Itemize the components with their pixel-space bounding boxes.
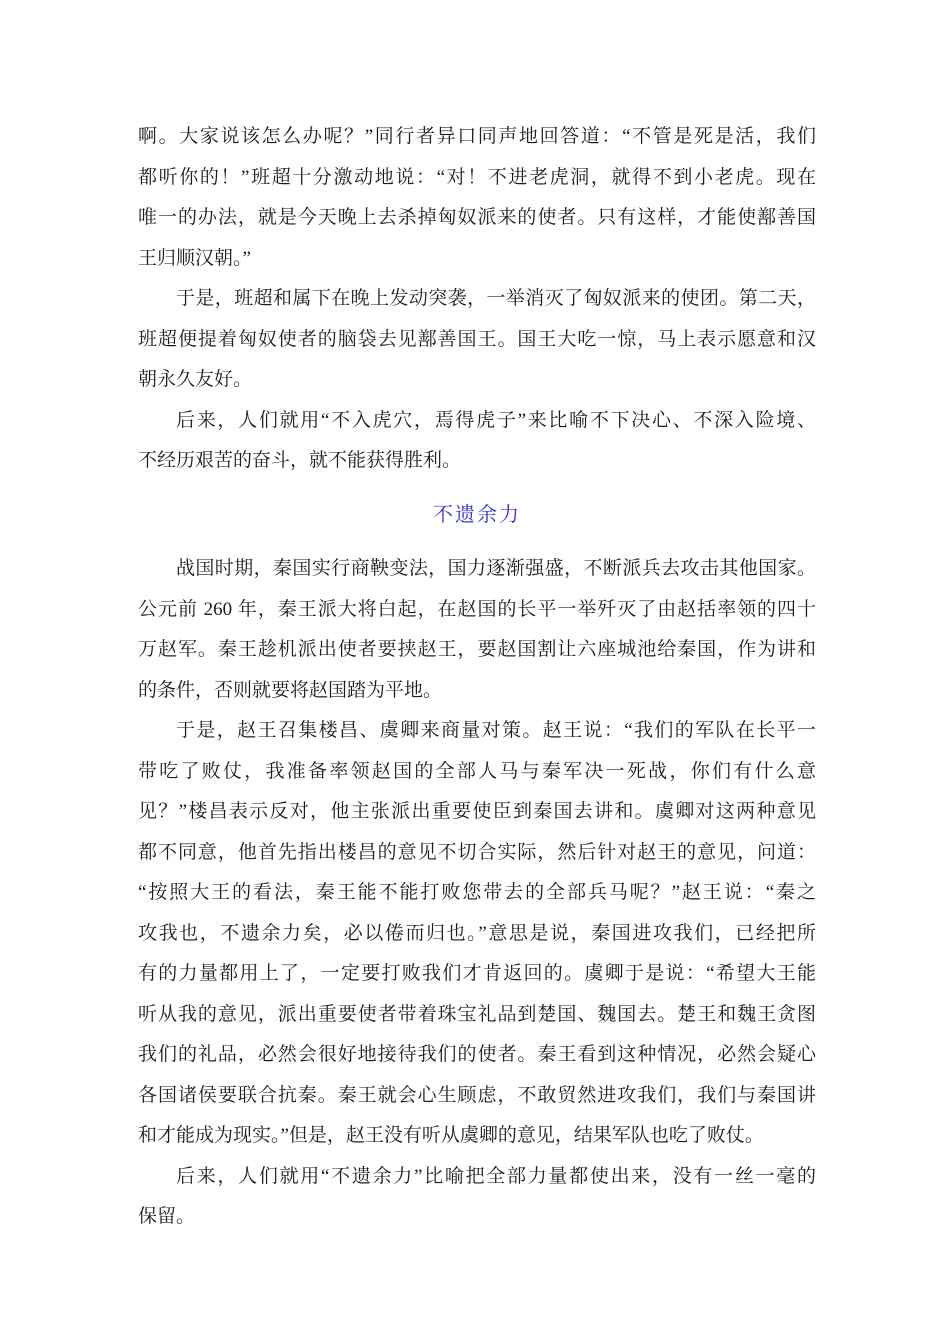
text-line: 都听你的！”班超十分激动地说：“对！不进老虎洞，就得不到小老虎。现在 [138, 158, 816, 199]
text-line: 带吃了败仗，我准备率领赵国的全部人马与秦军决一死战，你们有什么意 [138, 752, 816, 793]
page-canvas: 啊。大家说该怎么办呢？”同行者异口同声地回答道：“不管是死是活，我们都听你的！”… [0, 0, 950, 1344]
text-line: 于是，赵王召集楼昌、虞卿来商量对策。赵王说：“我们的军队在长平一 [138, 711, 816, 752]
text-line: 啊。大家说该怎么办呢？”同行者异口同声地回答道：“不管是死是活，我们 [138, 117, 816, 158]
text-line: 万赵军。秦王趁机派出使者要挟赵王，要赵国割让六座城池给秦国，作为讲和 [138, 630, 816, 671]
text-line: 公元前 260 年，秦王派大将白起，在赵国的长平一举歼灭了由赵括率领的四十 [138, 590, 816, 631]
story1-paragraph-attack: 于是，班超和属下在晚上发动突袭，一举消灭了匈奴派来的使团。第二天，班超便提着匈奴… [138, 279, 816, 401]
story2-title: 不遗余力 [138, 495, 816, 536]
text-line: 唯一的办法，就是今天晚上去杀掉匈奴派来的使者。只有这样，才能使鄯善国 [138, 198, 816, 239]
text-line: 有的力量都用上了，一定要打败我们才肯返回的。虞卿于是说：“希望大王能 [138, 954, 816, 995]
text-line: 班超便提着匈奴使者的脑袋去见鄯善国王。国王大吃一惊，马上表示愿意和汉 [138, 320, 816, 361]
text-line: 都不同意，他首先指出楼昌的意见不切合实际，然后针对赵王的意见，问道： [138, 833, 816, 874]
text-line: 王归顺汉朝。” [138, 239, 816, 280]
story1-paragraph-moral: 后来，人们就用“不入虎穴，焉得虎子”来比喻不下决心、不深入险境、不经历艰苦的奋斗… [138, 401, 816, 482]
text-line: 我们的礼品，必然会很好地接待我们的使者。秦王看到这种情况，必然会疑心 [138, 1035, 816, 1076]
story2-paragraph-moral: 后来，人们就用“不遗余力”比喻把全部力量都使出来，没有一丝一毫的保留。 [138, 1157, 816, 1238]
text-line: 的条件，否则就要将赵国踏为平地。 [138, 671, 816, 712]
story2-paragraph-background: 战国时期，秦国实行商鞅变法，国力逐渐强盛，不断派兵去攻击其他国家。公元前 260… [138, 549, 816, 711]
document-page: { "page": { "background_color": "#ffffff… [0, 0, 950, 1344]
text-line: 听从我的意见，派出重要使者带着珠宝礼品到楚国、魏国去。楚王和魏王贪图 [138, 995, 816, 1036]
text-line: “按照大王的看法，秦王能不能打败您带去的全部兵马呢？”赵王说：“秦之 [138, 873, 816, 914]
document-body: 啊。大家说该怎么办呢？”同行者异口同声地回答道：“不管是死是活，我们都听你的！”… [138, 117, 816, 1238]
text-line: 保留。 [138, 1197, 816, 1238]
text-line: 各国诸侯要联合抗秦。秦王就会心生顾虑，不敢贸然进攻我们，我们与秦国讲 [138, 1076, 816, 1117]
story2-paragraph-council: 于是，赵王召集楼昌、虞卿来商量对策。赵王说：“我们的军队在长平一带吃了败仗，我准… [138, 711, 816, 1157]
text-line: 后来，人们就用“不入虎穴，焉得虎子”来比喻不下决心、不深入险境、 [138, 401, 816, 442]
text-line: 见？”楼昌表示反对，他主张派出重要使臣到秦国去讲和。虞卿对这两种意见 [138, 792, 816, 833]
text-line: 朝永久友好。 [138, 360, 816, 401]
text-line: 于是，班超和属下在晚上发动突袭，一举消灭了匈奴派来的使团。第二天， [138, 279, 816, 320]
text-line: 和才能成为现实。”但是，赵王没有听从虞卿的意见，结果军队也吃了败仗。 [138, 1116, 816, 1157]
text-line: 后来，人们就用“不遗余力”比喻把全部力量都使出来，没有一丝一毫的 [138, 1157, 816, 1198]
text-line: 战国时期，秦国实行商鞅变法，国力逐渐强盛，不断派兵去攻击其他国家。 [138, 549, 816, 590]
text-line: 攻我也，不遗余力矣，必以倦而归也。”意思是说，秦国进攻我们，已经把所 [138, 914, 816, 955]
text-line: 不经历艰苦的奋斗，就不能获得胜利。 [138, 441, 816, 482]
story1-paragraph-continuation: 啊。大家说该怎么办呢？”同行者异口同声地回答道：“不管是死是活，我们都听你的！”… [138, 117, 816, 279]
